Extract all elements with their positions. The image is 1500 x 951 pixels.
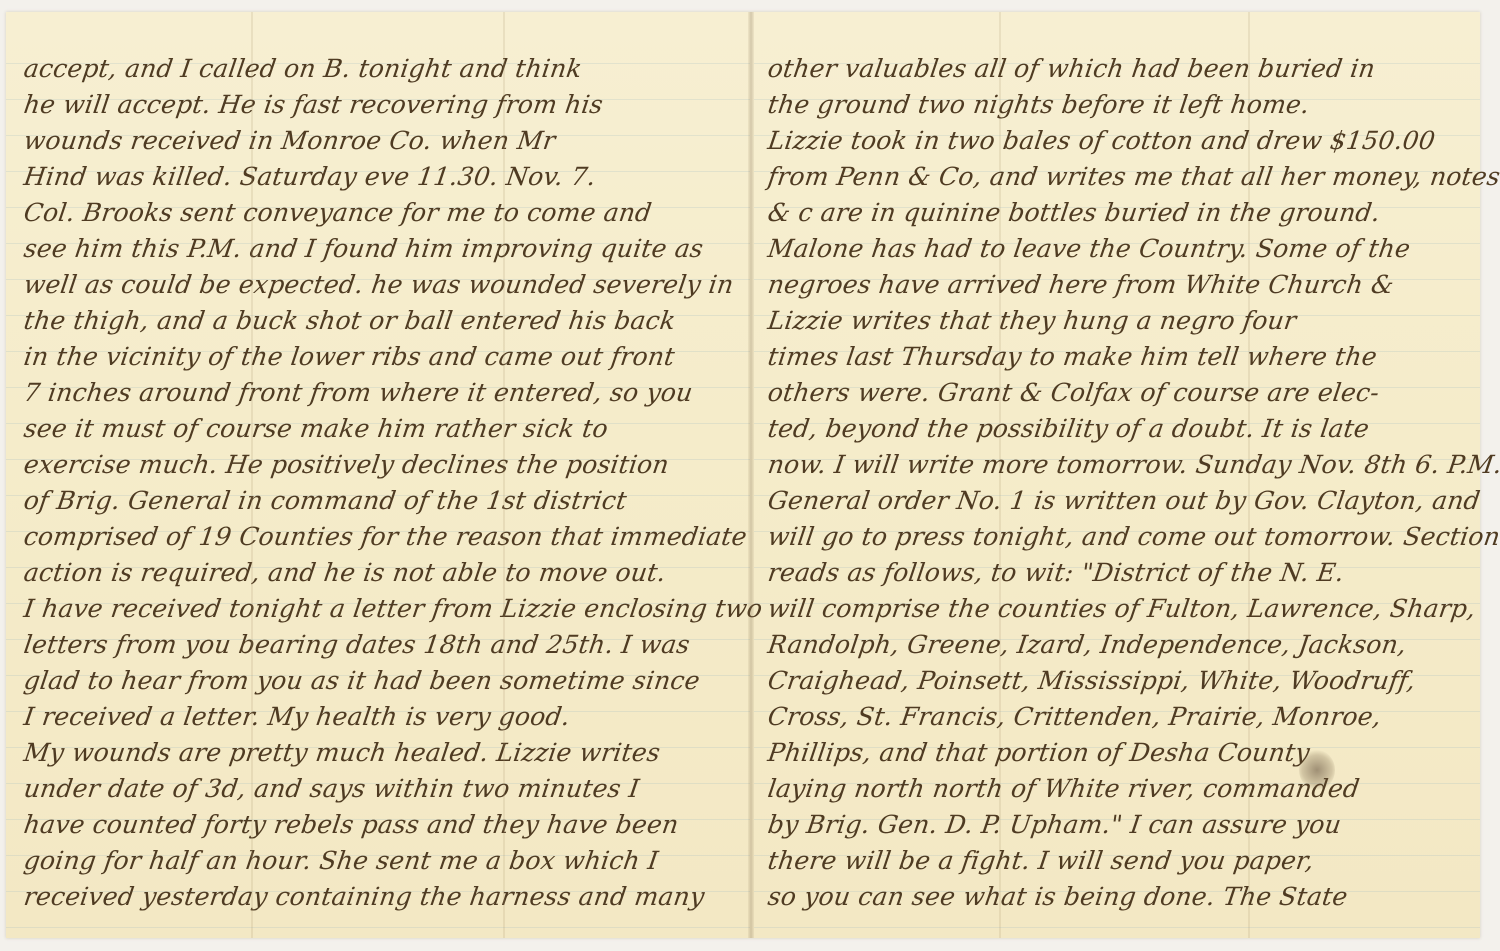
fold-crease bbox=[503, 12, 505, 938]
letter-line: under date of 3d, and says within two mi… bbox=[6, 774, 754, 803]
ink-stain bbox=[1299, 750, 1335, 790]
letter-line: exercise much. He positively declines th… bbox=[6, 450, 754, 479]
letter-sheet: accept, and I called on B. tonight and t… bbox=[6, 12, 1480, 938]
letter-line: reads as follows, to wit: "District of t… bbox=[754, 558, 1484, 587]
letter-line: now. I will write more tomorrow. Sunday … bbox=[754, 450, 1484, 479]
letter-line: have counted forty rebels pass and they … bbox=[6, 810, 754, 839]
letter-line: Lizzie writes that they hung a negro fou… bbox=[754, 306, 1484, 335]
letter-line: will go to press tonight, and come out t… bbox=[754, 522, 1484, 551]
letter-line: Randolph, Greene, Izard, Independence, J… bbox=[754, 630, 1484, 659]
letter-line: Craighead, Poinsett, Mississippi, White,… bbox=[754, 666, 1484, 695]
right-page: other valuables all of which had been bu… bbox=[754, 12, 1480, 938]
letter-line: My wounds are pretty much healed. Lizzie… bbox=[6, 738, 754, 767]
letter-line: ted, beyond the possibility of a doubt. … bbox=[754, 414, 1484, 443]
letter-line: going for half an hour. She sent me a bo… bbox=[6, 846, 754, 875]
letter-line: other valuables all of which had been bu… bbox=[754, 54, 1484, 83]
letter-line: laying north north of White river, comma… bbox=[754, 774, 1484, 803]
letter-line: Cross, St. Francis, Crittenden, Prairie,… bbox=[754, 702, 1484, 731]
letter-line: times last Thursday to make him tell whe… bbox=[754, 342, 1484, 371]
letter-line: there will be a fight. I will send you p… bbox=[754, 846, 1484, 875]
letter-line: well as could be expected. he was wounde… bbox=[6, 270, 754, 299]
letter-line: the thigh, and a buck shot or ball enter… bbox=[6, 306, 754, 335]
letter-line: in the vicinity of the lower ribs and ca… bbox=[6, 342, 754, 371]
letter-line: Col. Brooks sent conveyance for me to co… bbox=[6, 198, 754, 227]
letter-line: I have received tonight a letter from Li… bbox=[6, 594, 754, 623]
letter-line: I received a letter. My health is very g… bbox=[6, 702, 754, 731]
letter-line: Hind was killed. Saturday eve 11.30. Nov… bbox=[6, 162, 754, 191]
letter-line: glad to hear from you as it had been som… bbox=[6, 666, 754, 695]
letter-line: others were. Grant & Colfax of course ar… bbox=[754, 378, 1484, 407]
letter-line: Phillips, and that portion of Desha Coun… bbox=[754, 738, 1484, 767]
letter-line: negroes have arrived here from White Chu… bbox=[754, 270, 1484, 299]
letter-line: action is required, and he is not able t… bbox=[6, 558, 754, 587]
letter-line: 7 inches around front from where it ente… bbox=[6, 378, 754, 407]
letter-line: letters from you bearing dates 18th and … bbox=[6, 630, 754, 659]
letter-line: see it must of course make him rather si… bbox=[6, 414, 754, 443]
letter-line: & c are in quinine bottles buried in the… bbox=[754, 198, 1484, 227]
letter-line: by Brig. Gen. D. P. Upham." I can assure… bbox=[754, 810, 1484, 839]
letter-line: will comprise the counties of Fulton, La… bbox=[754, 594, 1484, 623]
fold-crease bbox=[251, 12, 253, 938]
letter-line: accept, and I called on B. tonight and t… bbox=[6, 54, 754, 83]
letter-line: see him this P.M. and I found him improv… bbox=[6, 234, 754, 263]
letter-line: General order No. 1 is written out by Go… bbox=[754, 486, 1484, 515]
letter-line: from Penn & Co, and writes me that all h… bbox=[754, 162, 1484, 191]
letter-line: so you can see what is being done. The S… bbox=[754, 882, 1484, 911]
letter-line: he will accept. He is fast recovering fr… bbox=[6, 90, 754, 119]
letter-line: of Brig. General in command of the 1st d… bbox=[6, 486, 754, 515]
letter-line: wounds received in Monroe Co. when Mr bbox=[6, 126, 754, 155]
left-page: accept, and I called on B. tonight and t… bbox=[6, 12, 750, 938]
letter-line: comprised of 19 Counties for the reason … bbox=[6, 522, 754, 551]
letter-line: received yesterday containing the harnes… bbox=[6, 882, 754, 911]
letter-line: Lizzie took in two bales of cotton and d… bbox=[754, 126, 1484, 155]
letter-line: Malone has had to leave the Country. Som… bbox=[754, 234, 1484, 263]
letter-line: the ground two nights before it left hom… bbox=[754, 90, 1484, 119]
